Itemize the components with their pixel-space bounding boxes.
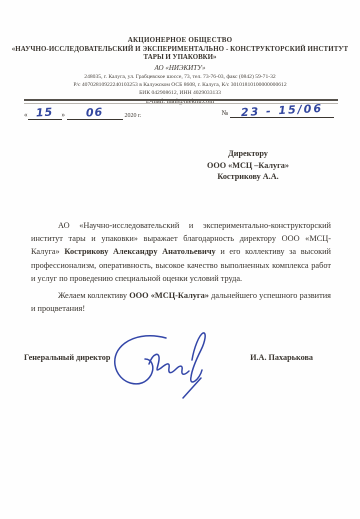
letter-page: АКЦИОНЕРНОЕ ОБЩЕСТВО «НАУЧНО-ИССЛЕДОВАТЕ… (0, 0, 360, 519)
paragraph-wishes: Желаем коллективу ООО «МСЦ-Калуга» дальн… (31, 289, 331, 315)
paragraph-gratitude: АО «Научно-исследовательский и экспериме… (31, 219, 331, 285)
month-blank: 06 (67, 110, 123, 120)
org-codes: БИК 042908612, ИНН 4029033133 (0, 90, 360, 96)
p2-company-name: ООО «МСЦ-Калуга» (129, 291, 209, 300)
org-bank-details: Р/с 40702810922240103253 в Калужском ОСБ… (0, 82, 360, 88)
addressee-person: Кострикову А.А. (192, 171, 304, 183)
org-name-line1: «НАУЧНО-ИССЛЕДОВАТЕЛЬСКИЙ И ЭКСПЕРИМЕНТА… (0, 46, 360, 53)
number-sign: № (222, 109, 229, 117)
addressee-block: Директору ООО «МСЦ –Калуга» Кострикову А… (192, 148, 304, 183)
org-name-line2: ТАРЫ И УПАКОВКИ» (0, 54, 360, 61)
date-number-line: «15» 06 2020 г. № 23 - 15/06 (24, 104, 338, 126)
year-label: 2020 г. (125, 113, 142, 119)
date-field: «15» 06 2020 г. (24, 110, 141, 120)
p1-director-name: Кострикову Александру Анатольевичу (64, 247, 215, 256)
number-blank: 23 - 15/06 (230, 108, 334, 118)
letterhead: АКЦИОНЕРНОЕ ОБЩЕСТВО «НАУЧНО-ИССЛЕДОВАТЕ… (0, 36, 360, 105)
handwritten-day: 15 (36, 109, 54, 118)
signer-title: Генеральный директор (24, 353, 110, 362)
p2-text-start: Желаем коллективу (58, 291, 129, 300)
day-blank: 15 (28, 110, 62, 120)
org-short-name: АО «НИЭКИТУ» (0, 64, 360, 72)
addressee-company: ООО «МСЦ –Калуга» (192, 160, 304, 172)
handwritten-number: 23 - 15/06 (241, 105, 323, 117)
handwritten-month: 06 (86, 109, 104, 118)
org-type: АКЦИОНЕРНОЕ ОБЩЕСТВО (0, 36, 360, 44)
letter-body: АО «Научно-исследовательский и экспериме… (31, 219, 331, 315)
close-quote: » (62, 111, 66, 119)
number-field: № 23 - 15/06 (222, 108, 334, 118)
signature-icon (104, 328, 226, 400)
org-address: 248035, г. Калуга, ул. Грабцевское шоссе… (0, 74, 360, 80)
addressee-title: Директору (192, 148, 304, 160)
signer-name: И.А. Пахарькова (250, 353, 313, 362)
